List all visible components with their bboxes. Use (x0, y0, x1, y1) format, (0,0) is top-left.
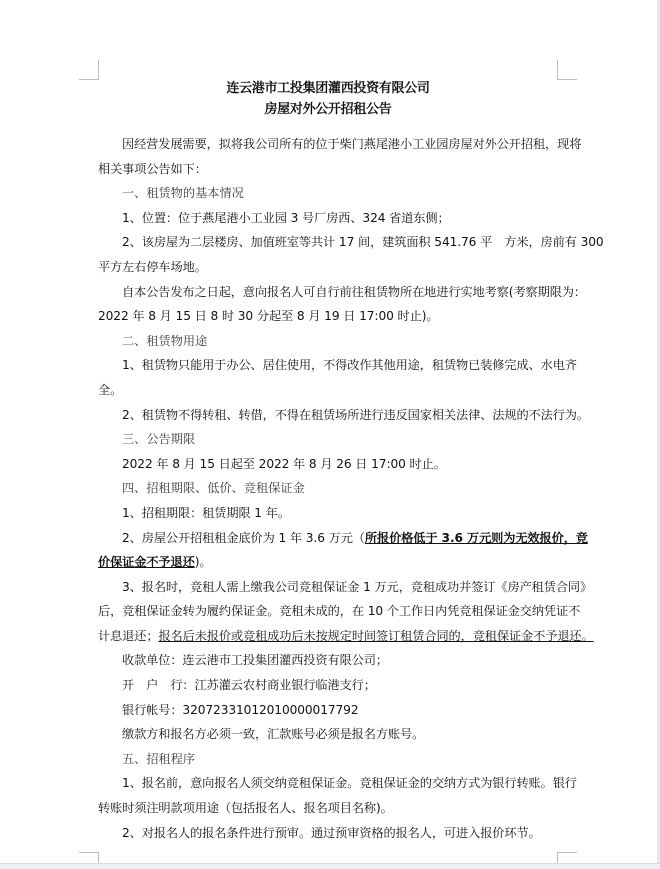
paragraph-line: 3、报名时，竞租人需上缴我公司竞租保证金 1 万元，竞租成功并签订《房产租赁合同… (98, 575, 558, 600)
bank-line: 开 户 行：江苏灌云农村商业银行临港支行； (98, 673, 558, 698)
paragraph-line: 1、位置：位于燕尾港小工业园 3 号厂房西、324 省道东侧； (98, 206, 558, 231)
paragraph-line: 2、该房屋为二层楼房、加值班室等共计 17 间，建筑面积 541.76 平 方米… (98, 230, 558, 255)
paragraph-line: 后，竞租保证金转为履约保证金。竞租未成的，在 10 个工作日内凭竞租保证金交纳凭… (98, 599, 558, 624)
document-title-notice: 房屋对外公开招租公告 (98, 99, 558, 120)
section-heading-5: 五、招租程序 (98, 747, 558, 772)
paragraph-line: 2、租赁物不得转租、转借，不得在租赁场所进行违反国家相关法律、法规的不法行为。 (98, 403, 558, 428)
paragraph-line: 2、对报名人的报名条件进行预审。通过预审资格的报名人，可进入报价环节。 (98, 821, 558, 846)
margin-corner-mark-top-left (79, 60, 99, 80)
paragraph-line: 转账时须注明款项用途（包括报名人、报名项目名称)。 (98, 796, 558, 821)
paragraph-line: 2022 年 8 月 15 日 8 时 30 分起至 8 月 19 日 17:0… (98, 304, 558, 329)
payee-line: 收款单位：连云港市工投集团灌西投资有限公司； (98, 648, 558, 673)
paragraph-line-reserve-price: 2、房屋公开招租租金底价为 1 年 3.6 万元（所报价格低于 3.6 万元则为… (98, 526, 558, 551)
document-body: 连云港市工投集团灌西投资有限公司 房屋对外公开招租公告 因经营发展需要，拟将我公… (98, 78, 558, 845)
margin-corner-mark-top-right (557, 60, 577, 80)
paragraph-line: 缴款方和报名方必须一致，汇款账号必须是报名方账号。 (98, 722, 558, 747)
document-title-company: 连云港市工投集团灌西投资有限公司 (98, 78, 558, 99)
paragraph-line: 全。 (98, 378, 558, 403)
page-gap-divider (0, 863, 660, 869)
account-number-line: 银行帐号：32072331012010000017792 (98, 698, 558, 723)
section-heading-4: 四、招租期限、低价、竞租保证金 (98, 476, 558, 501)
paragraph-line: 计息退还；报名后未报价或竞租成功后未按规定时间签订租赁合同的，竞租保证金不予退还… (98, 624, 558, 649)
reserve-price-warning-emphasis: 所报价格低于 3.6 万元则为无效报价，竞 (365, 531, 588, 545)
paragraph-line: 1、报名前，意向报名人须交纳竞租保证金。竞租保证金的交纳方式为银行转账。银行 (98, 771, 558, 796)
section-heading-1: 一、租赁物的基本情况 (98, 181, 558, 206)
paragraph-line: 1、招租期限：租赁期限 1 年。 (98, 501, 558, 526)
paragraph-line: 自本公告发布之日起，意向报名人可自行前往租赁物所在地进行实地考察(考察期限为： (98, 280, 558, 305)
section-heading-2: 二、租赁物用途 (98, 329, 558, 354)
paragraph-line: 平方左右停车场地。 (98, 255, 558, 280)
intro-paragraph-line: 相关事项公告如下： (98, 157, 558, 182)
deposit-forfeit-underlined: 报名后未报价或竞租成功后未按规定时间签订租赁合同的，竞租保证金不予退还。 (158, 629, 593, 643)
paragraph-line: 1、租赁物只能用于办公、居住使用，不得改作其他用途，租赁物已装修完成、水电齐 (98, 353, 558, 378)
section-heading-3: 三、公告期限 (98, 427, 558, 452)
paragraph-text: )。 (195, 555, 212, 569)
paragraph-line: 2022 年 8 月 15 日起至 2022 年 8 月 26 日 17:00 … (98, 452, 558, 477)
paragraph-text: 计息退还； (98, 629, 158, 643)
paragraph-line: 价保证金不予退还)。 (98, 550, 558, 575)
intro-paragraph-line: 因经营发展需要，拟将我公司所有的位于柴门燕尾港小工业园房屋对外公开招租，现将 (98, 132, 558, 157)
document-page: 连云港市工投集团灌西投资有限公司 房屋对外公开招租公告 因经营发展需要，拟将我公… (0, 0, 657, 863)
reserve-price-warning-emphasis: 价保证金不予退还 (98, 555, 195, 569)
reserve-price-text: 2、房屋公开招租租金底价为 1 年 3.6 万元（ (122, 531, 365, 545)
